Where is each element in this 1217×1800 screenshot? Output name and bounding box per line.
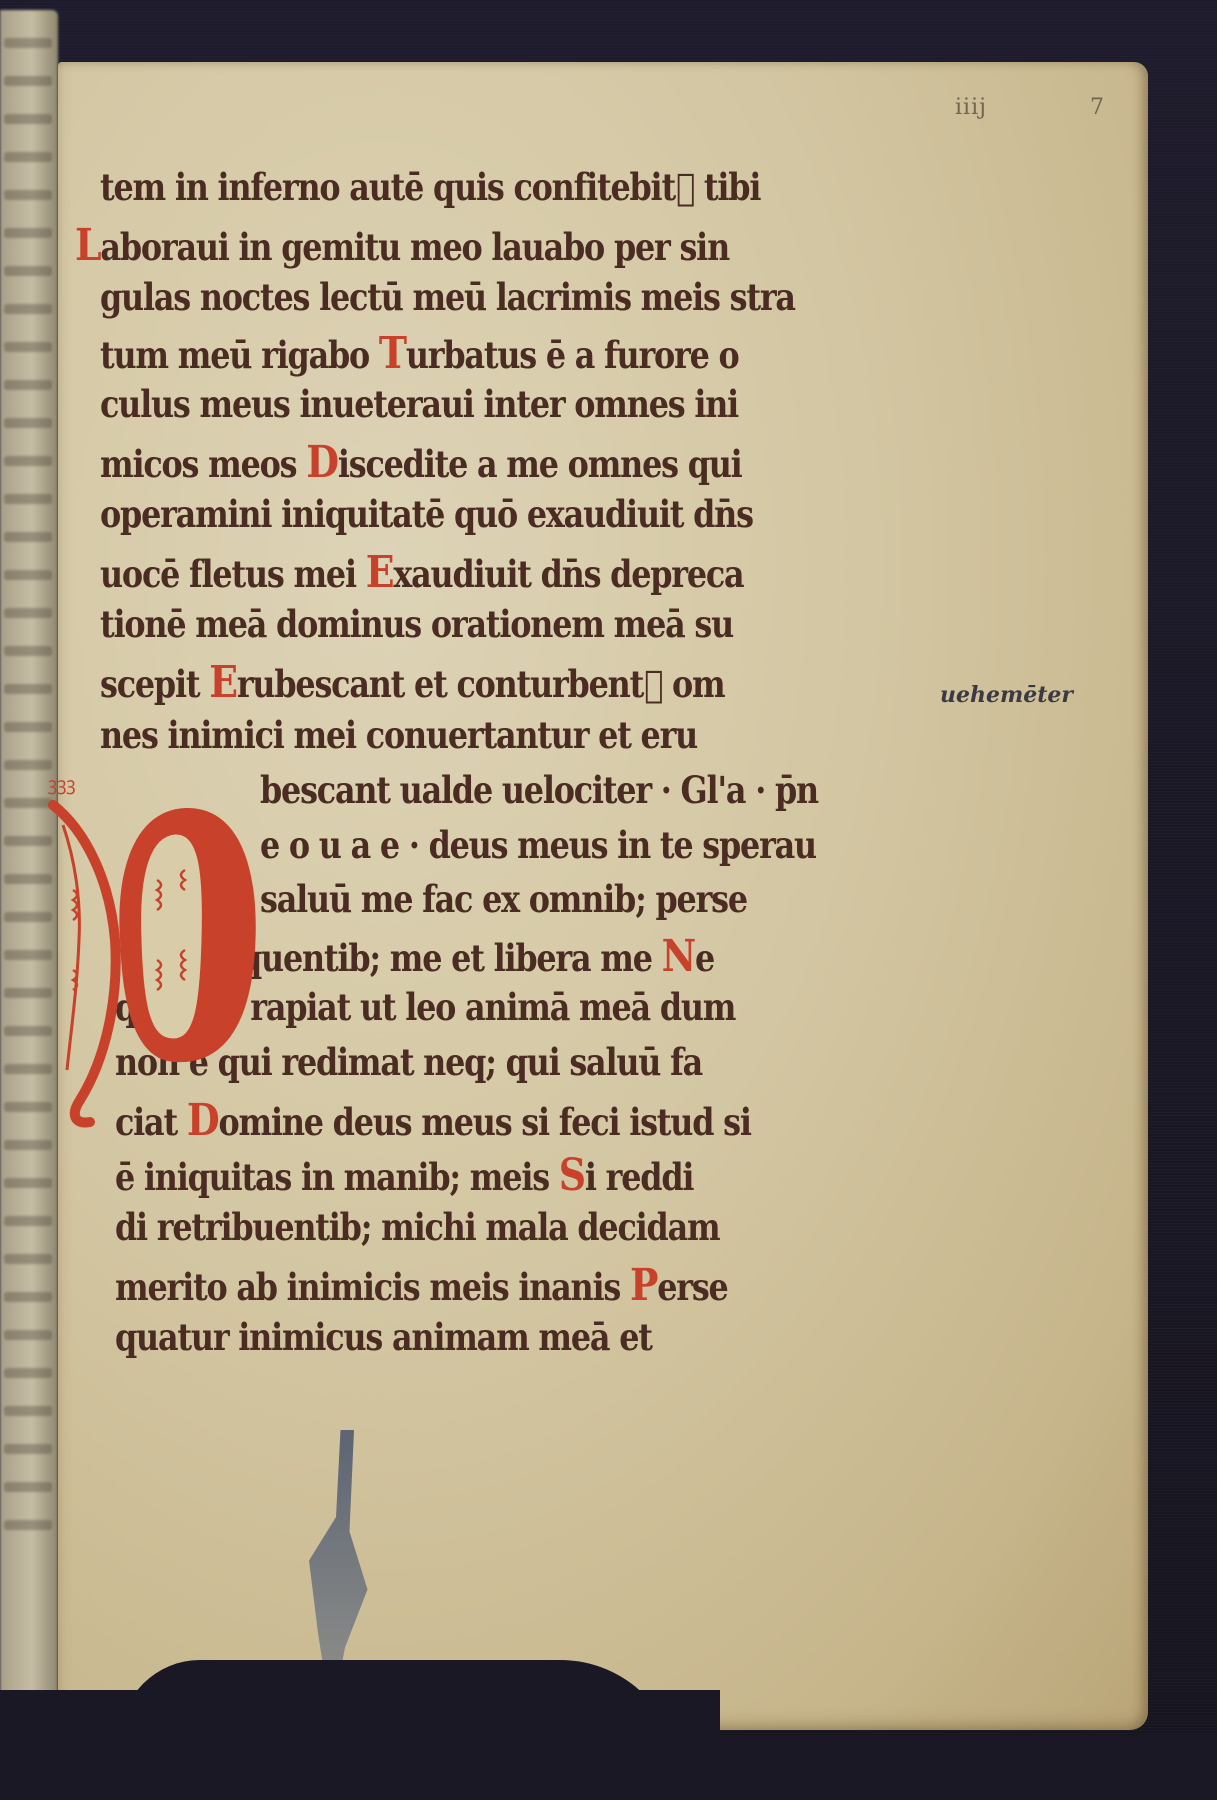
margin-rubric-mark: ꝫꝫꝫ bbox=[48, 772, 76, 796]
text-line-10: scepit Erubescant et conturbent᷑ om bbox=[100, 657, 725, 708]
text-line-21: merito ab inimicis meis inanis Perse bbox=[115, 1260, 728, 1311]
text-line-12: bescant ualde uelociter · Gl'a · p̄n bbox=[260, 768, 818, 812]
text-line-15: quentib; me et libera me Ne bbox=[240, 931, 714, 982]
text-line-20: di retribuentib; michi mala decidam bbox=[115, 1205, 719, 1249]
text-line-11: nes inimici mei conuertantur et eru bbox=[100, 713, 697, 757]
text-line-6: micos meos Discedite a me omnes qui bbox=[100, 437, 742, 488]
decorated-initial-n-icon bbox=[45, 800, 260, 1130]
text-line-4: tum meū rigabo Turbatus ē a furore o bbox=[100, 328, 739, 379]
folio-roman-numeral: iiij bbox=[955, 95, 987, 120]
text-line-5: culus meus inueteraui inter omnes ini bbox=[100, 382, 738, 426]
rubric-initial: S bbox=[559, 1150, 585, 1201]
text-line-22: quatur inimicus animam meā et bbox=[115, 1315, 652, 1359]
rubric-initial: E bbox=[366, 547, 394, 598]
text-line-7: operamini iniquitatē quō exaudiuit dn̄s bbox=[100, 492, 753, 536]
text-line-2: Laboraui in gemitu meo lauabo per sin bbox=[75, 220, 729, 271]
text-line-13: e o u a e · deus meus in te sperau bbox=[260, 823, 816, 867]
text-line-14: saluū me fac ex omnib; perse bbox=[260, 877, 747, 921]
rubric-initial: D bbox=[306, 437, 338, 488]
rubric-initial: N bbox=[662, 931, 695, 982]
bottom-background bbox=[0, 1735, 1217, 1800]
text-line-19: ē iniquitas in manib; meis Si reddi bbox=[115, 1150, 693, 1201]
rubric-initial: T bbox=[379, 328, 406, 379]
rubric-initial: L bbox=[75, 220, 100, 271]
text-line-3: gulas noctes lectū meū lacrimis meis str… bbox=[100, 275, 795, 319]
text-line-9: tionē meā dominus orationem meā su bbox=[100, 602, 733, 646]
text-line-1: tem in inferno autē quis confitebit᷑ tib… bbox=[100, 165, 760, 209]
rubric-initial: E bbox=[209, 657, 237, 708]
folio-number: 7 bbox=[1090, 95, 1105, 120]
margin-gloss: uehemēter bbox=[940, 682, 1073, 708]
rubric-initial: P bbox=[630, 1260, 657, 1311]
text-line-8: uocē fletus mei Exaudiuit dn̄s depreca bbox=[100, 547, 743, 598]
